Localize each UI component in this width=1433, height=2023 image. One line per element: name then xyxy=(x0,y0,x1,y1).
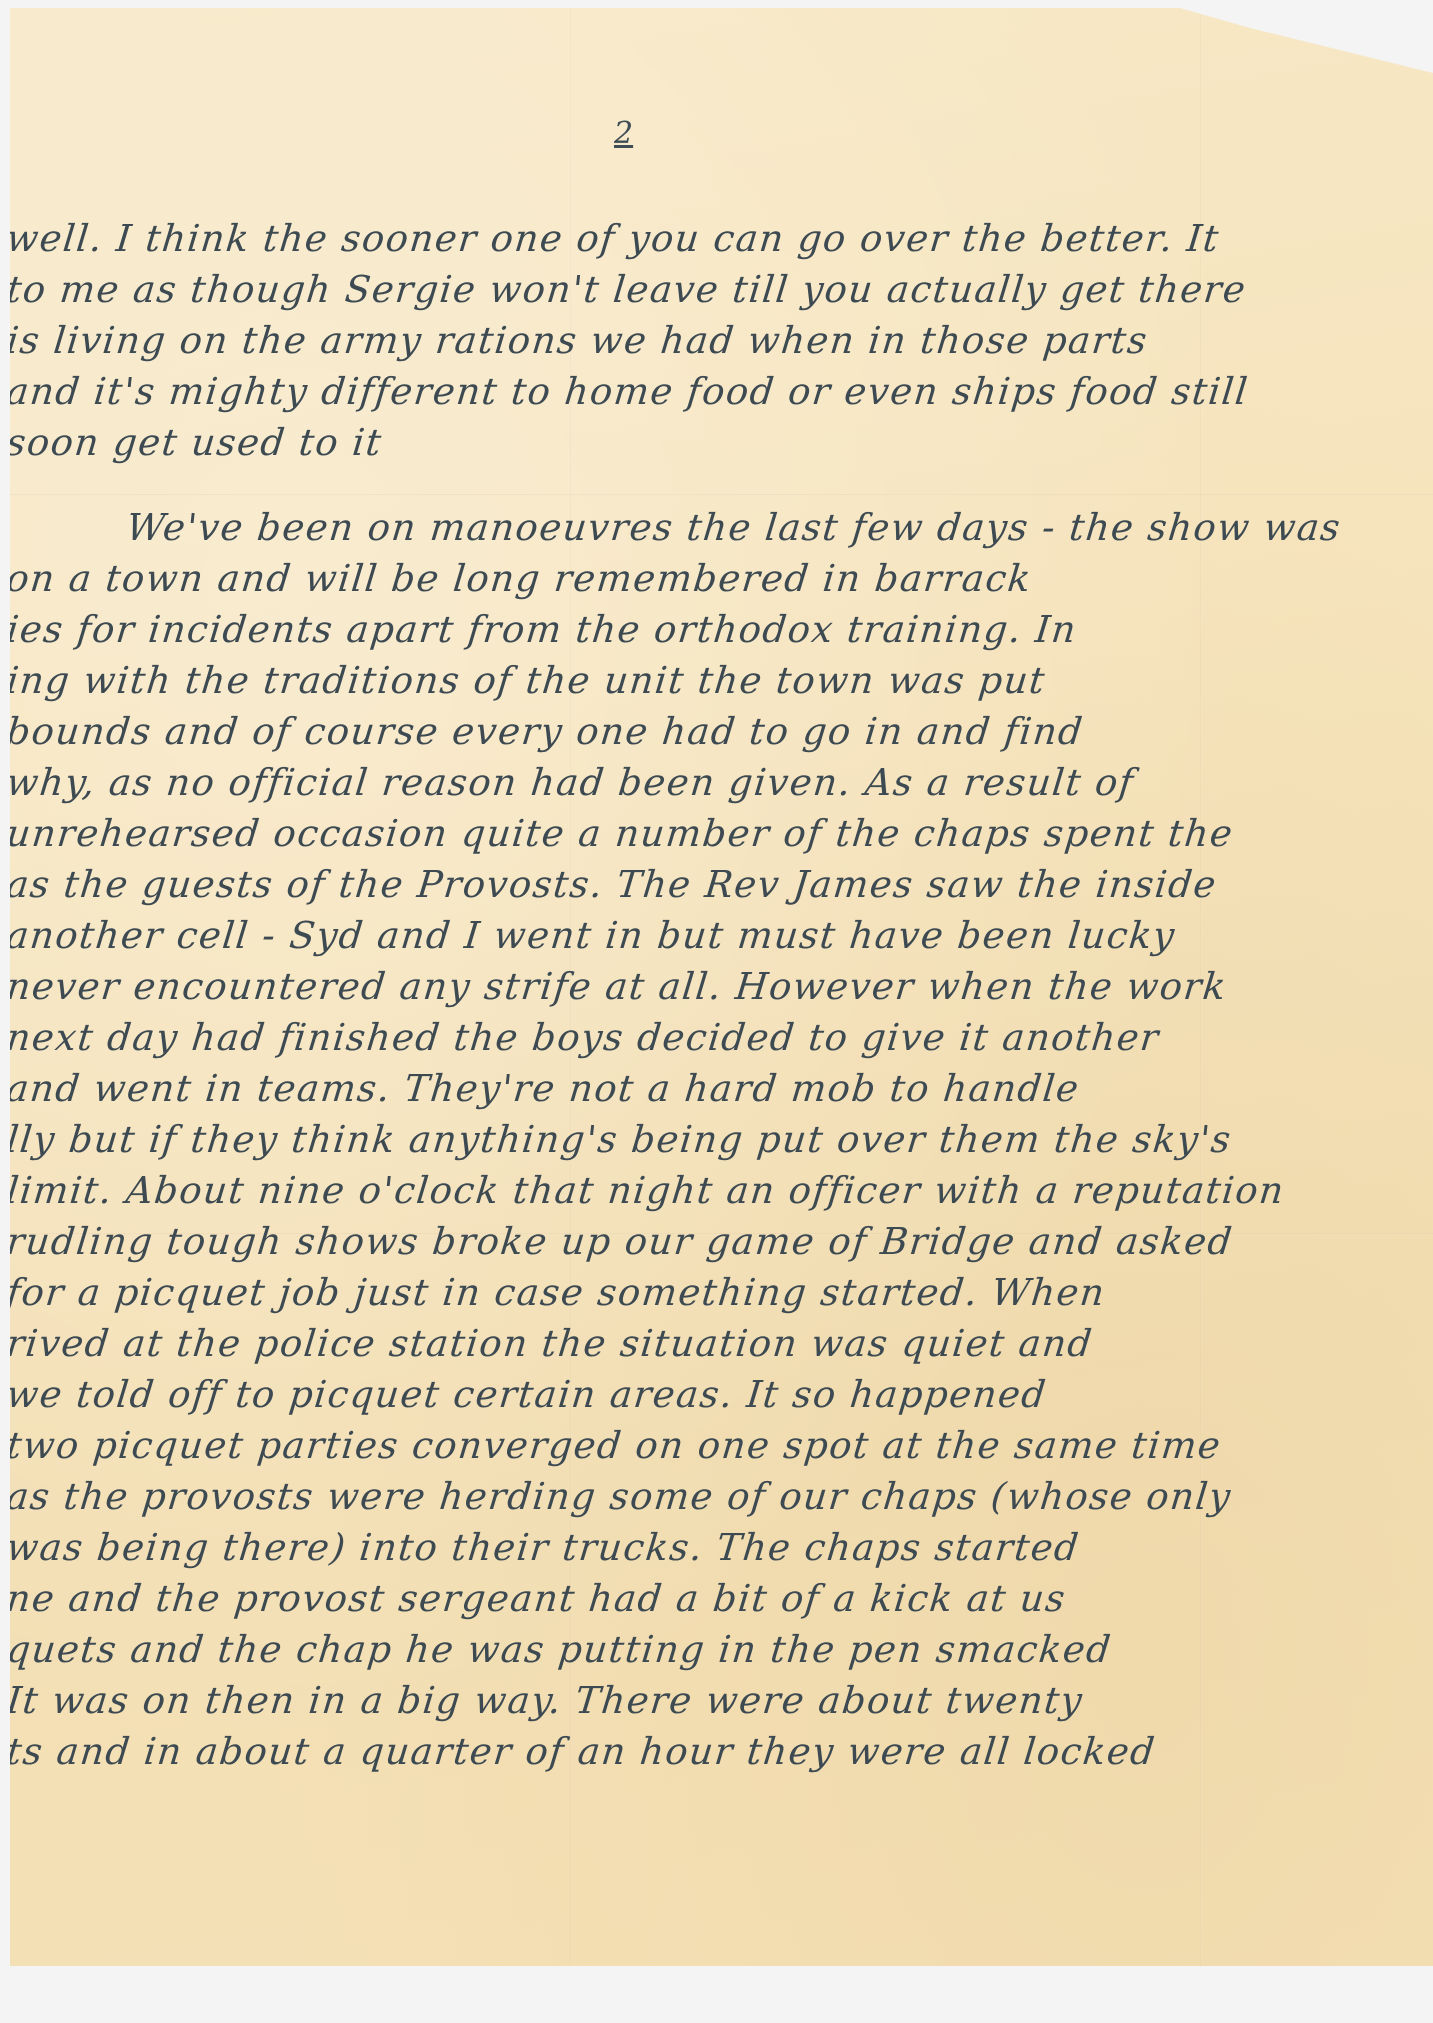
text-line: unrehearsed occasion quite a number of t… xyxy=(4,808,1433,859)
text-line: as the guests of the Provosts. The Rev J… xyxy=(4,859,1433,910)
text-line: never encountered any strife at all. How… xyxy=(4,961,1433,1012)
text-line: we told off to picquet certain areas. It… xyxy=(4,1369,1433,1420)
text-line: rudling tough shows broke up our game of… xyxy=(4,1216,1433,1267)
text-line: why, as no official reason had been give… xyxy=(4,757,1433,808)
text-line: is living on the army rations we had whe… xyxy=(4,315,1433,366)
text-line: on a town and will be long remembered in… xyxy=(4,553,1433,604)
text-line: limit. About nine o'clock that night an … xyxy=(4,1165,1433,1216)
text-line: to me as though Sergie won't leave till … xyxy=(4,264,1433,315)
text-line: lly but if they think anything's being p… xyxy=(4,1114,1433,1165)
text-line: another cell - Syd and I went in but mus… xyxy=(4,910,1433,961)
text-line: ne and the provost sergeant had a bit of… xyxy=(4,1573,1433,1624)
text-line: and it's mighty different to home food o… xyxy=(4,366,1433,417)
text-line: ts and in about a quarter of an hour the… xyxy=(4,1726,1433,1777)
text-line: as the provosts were herding some of our… xyxy=(4,1471,1433,1522)
text-line: quets and the chap he was putting in the… xyxy=(4,1624,1433,1675)
paragraph-start-line: We've been on manoeuvres the last few da… xyxy=(4,502,1433,553)
text-line: and went in teams. They're not a hard mo… xyxy=(4,1063,1433,1114)
text-line: It was on then in a big way. There were … xyxy=(4,1675,1433,1726)
text-line: for a picquet job just in case something… xyxy=(4,1267,1433,1318)
letter-body: well. I think the sooner one of you can … xyxy=(4,213,1433,1777)
text-line: soon get used to it xyxy=(4,417,1433,468)
page-number: 2 xyxy=(614,116,633,151)
text-line: was being there) into their trucks. The … xyxy=(4,1522,1433,1573)
text-line: bounds and of course every one had to go… xyxy=(4,706,1433,757)
text-line: two picquet parties converged on one spo… xyxy=(4,1420,1433,1471)
letter-page: 2 well. I think the sooner one of you ca… xyxy=(10,8,1433,1966)
text-line: well. I think the sooner one of you can … xyxy=(4,213,1433,264)
text-line: next day had finished the boys decided t… xyxy=(4,1012,1433,1063)
text-line: rived at the police station the situatio… xyxy=(4,1318,1433,1369)
text-line: ing with the traditions of the unit the … xyxy=(4,655,1433,706)
text-line: ies for incidents apart from the orthodo… xyxy=(4,604,1433,655)
